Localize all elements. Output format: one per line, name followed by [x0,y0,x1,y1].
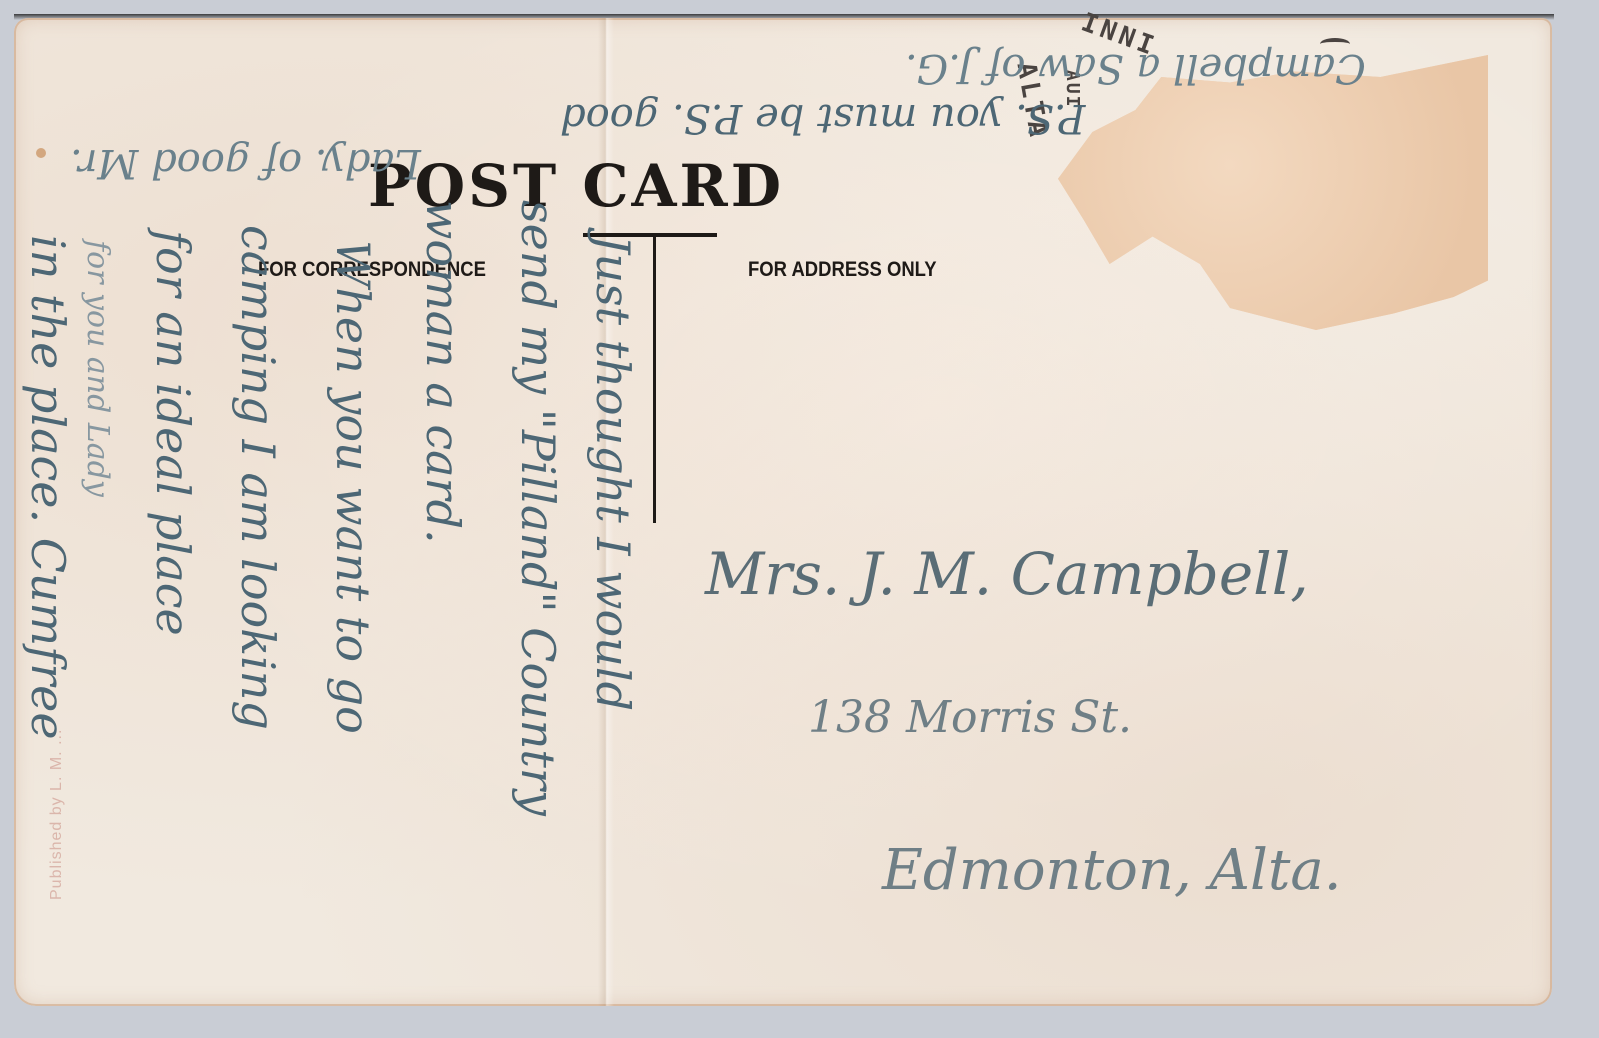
message-line: for you and Lady [80,240,115,497]
message-line: send my "Pilland" Country [511,200,565,816]
message-line: for an ideal place [146,230,200,636]
address-city: Edmonton, Alta. [882,838,1342,903]
address-street: 138 Morris St. [808,692,1132,743]
message-line: in the place. Cumfree [21,235,75,740]
message-line: When you want to go [326,240,380,734]
message-line: camping I am looking [231,225,285,730]
postscript-line: P.S. you must be P.S. good [560,95,1085,141]
stain-spot [36,148,46,158]
address-label: FOR ADDRESS ONLY [748,258,937,282]
divider-vertical-line [653,235,656,523]
message-line: woman a card. [416,200,470,544]
address-name: Mrs. J. M. Campbell, [705,540,1309,608]
torn-stamp-area [1058,55,1488,330]
postscript-line: Lady. of good Mr. [70,140,421,186]
publisher-imprint: Published by L. M. ... [48,729,66,900]
postscript-line: Campbell a Saw of J.G. [905,45,1366,91]
message-line: Just thought I would [586,235,640,711]
